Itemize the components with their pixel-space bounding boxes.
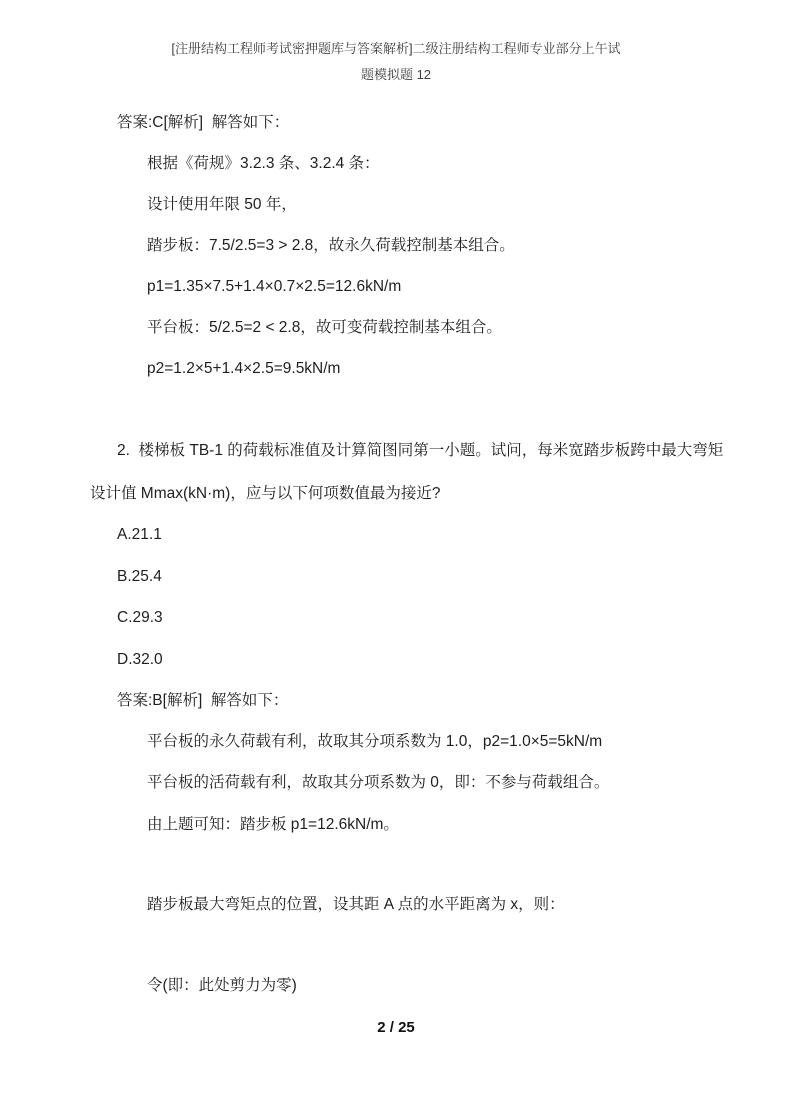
solution-line: 令(即：此处剪力为零) <box>147 977 297 995</box>
solution-line: 踏步板：7.5/2.5=3 > 2.8，故永久荷载控制基本组合。 <box>147 237 515 255</box>
header-title-line1: [注册结构工程师考试密押题库与答案解析]二级注册结构工程师专业部分上午试 <box>0 36 792 62</box>
solution-line: 由上题可知：踏步板 p1=12.6kN/m。 <box>147 816 399 834</box>
option-c: C.29.3 <box>117 609 163 627</box>
solution-line: 设计使用年限 50 年， <box>147 196 297 214</box>
solution-formula-p1: p1=1.35×7.5+1.4×0.7×2.5=12.6kN/m <box>147 278 401 296</box>
page-number: 2 / 25 <box>0 1019 792 1036</box>
solution-line: 根据《荷规》3.2.3 条、3.2.4 条： <box>147 155 380 173</box>
option-b: B.25.4 <box>117 568 162 586</box>
solution-line: 平台板的永久荷载有利，故取其分项系数为 1.0，p2=1.0×5=5kN/m <box>147 733 602 751</box>
option-a: A.21.1 <box>117 526 162 544</box>
solution-line: 踏步板最大弯矩点的位置，设其距 A 点的水平距离为 x，则： <box>147 896 565 914</box>
document-header: [注册结构工程师考试密押题库与答案解析]二级注册结构工程师专业部分上午试 题模拟… <box>0 36 792 88</box>
solution-line: 平台板的活荷载有利，故取其分项系数为 0，即：不参与荷载组合。 <box>147 774 609 792</box>
question2-stem-line1: 2. 楼梯板 TB-1 的荷载标准值及计算简图同第一小题。试问，每米宽踏步板跨中… <box>117 442 723 460</box>
solution-line: 平台板：5/2.5=2 < 2.8，故可变荷载控制基本组合。 <box>147 319 502 337</box>
header-title-line2: 题模拟题 12 <box>0 62 792 88</box>
option-d: D.32.0 <box>117 651 163 669</box>
answer-heading-q2: 答案:B[解析] 解答如下： <box>117 692 288 710</box>
solution-formula-p2: p2=1.2×5+1.4×2.5=9.5kN/m <box>147 360 340 378</box>
answer-heading-q1: 答案:C[解析] 解答如下： <box>117 114 289 132</box>
document-page: [注册结构工程师考试密押题库与答案解析]二级注册结构工程师专业部分上午试 题模拟… <box>0 0 792 1120</box>
question2-stem-line2: 设计值 Mmax(kN·m)，应与以下何项数值最为接近? <box>90 485 440 503</box>
